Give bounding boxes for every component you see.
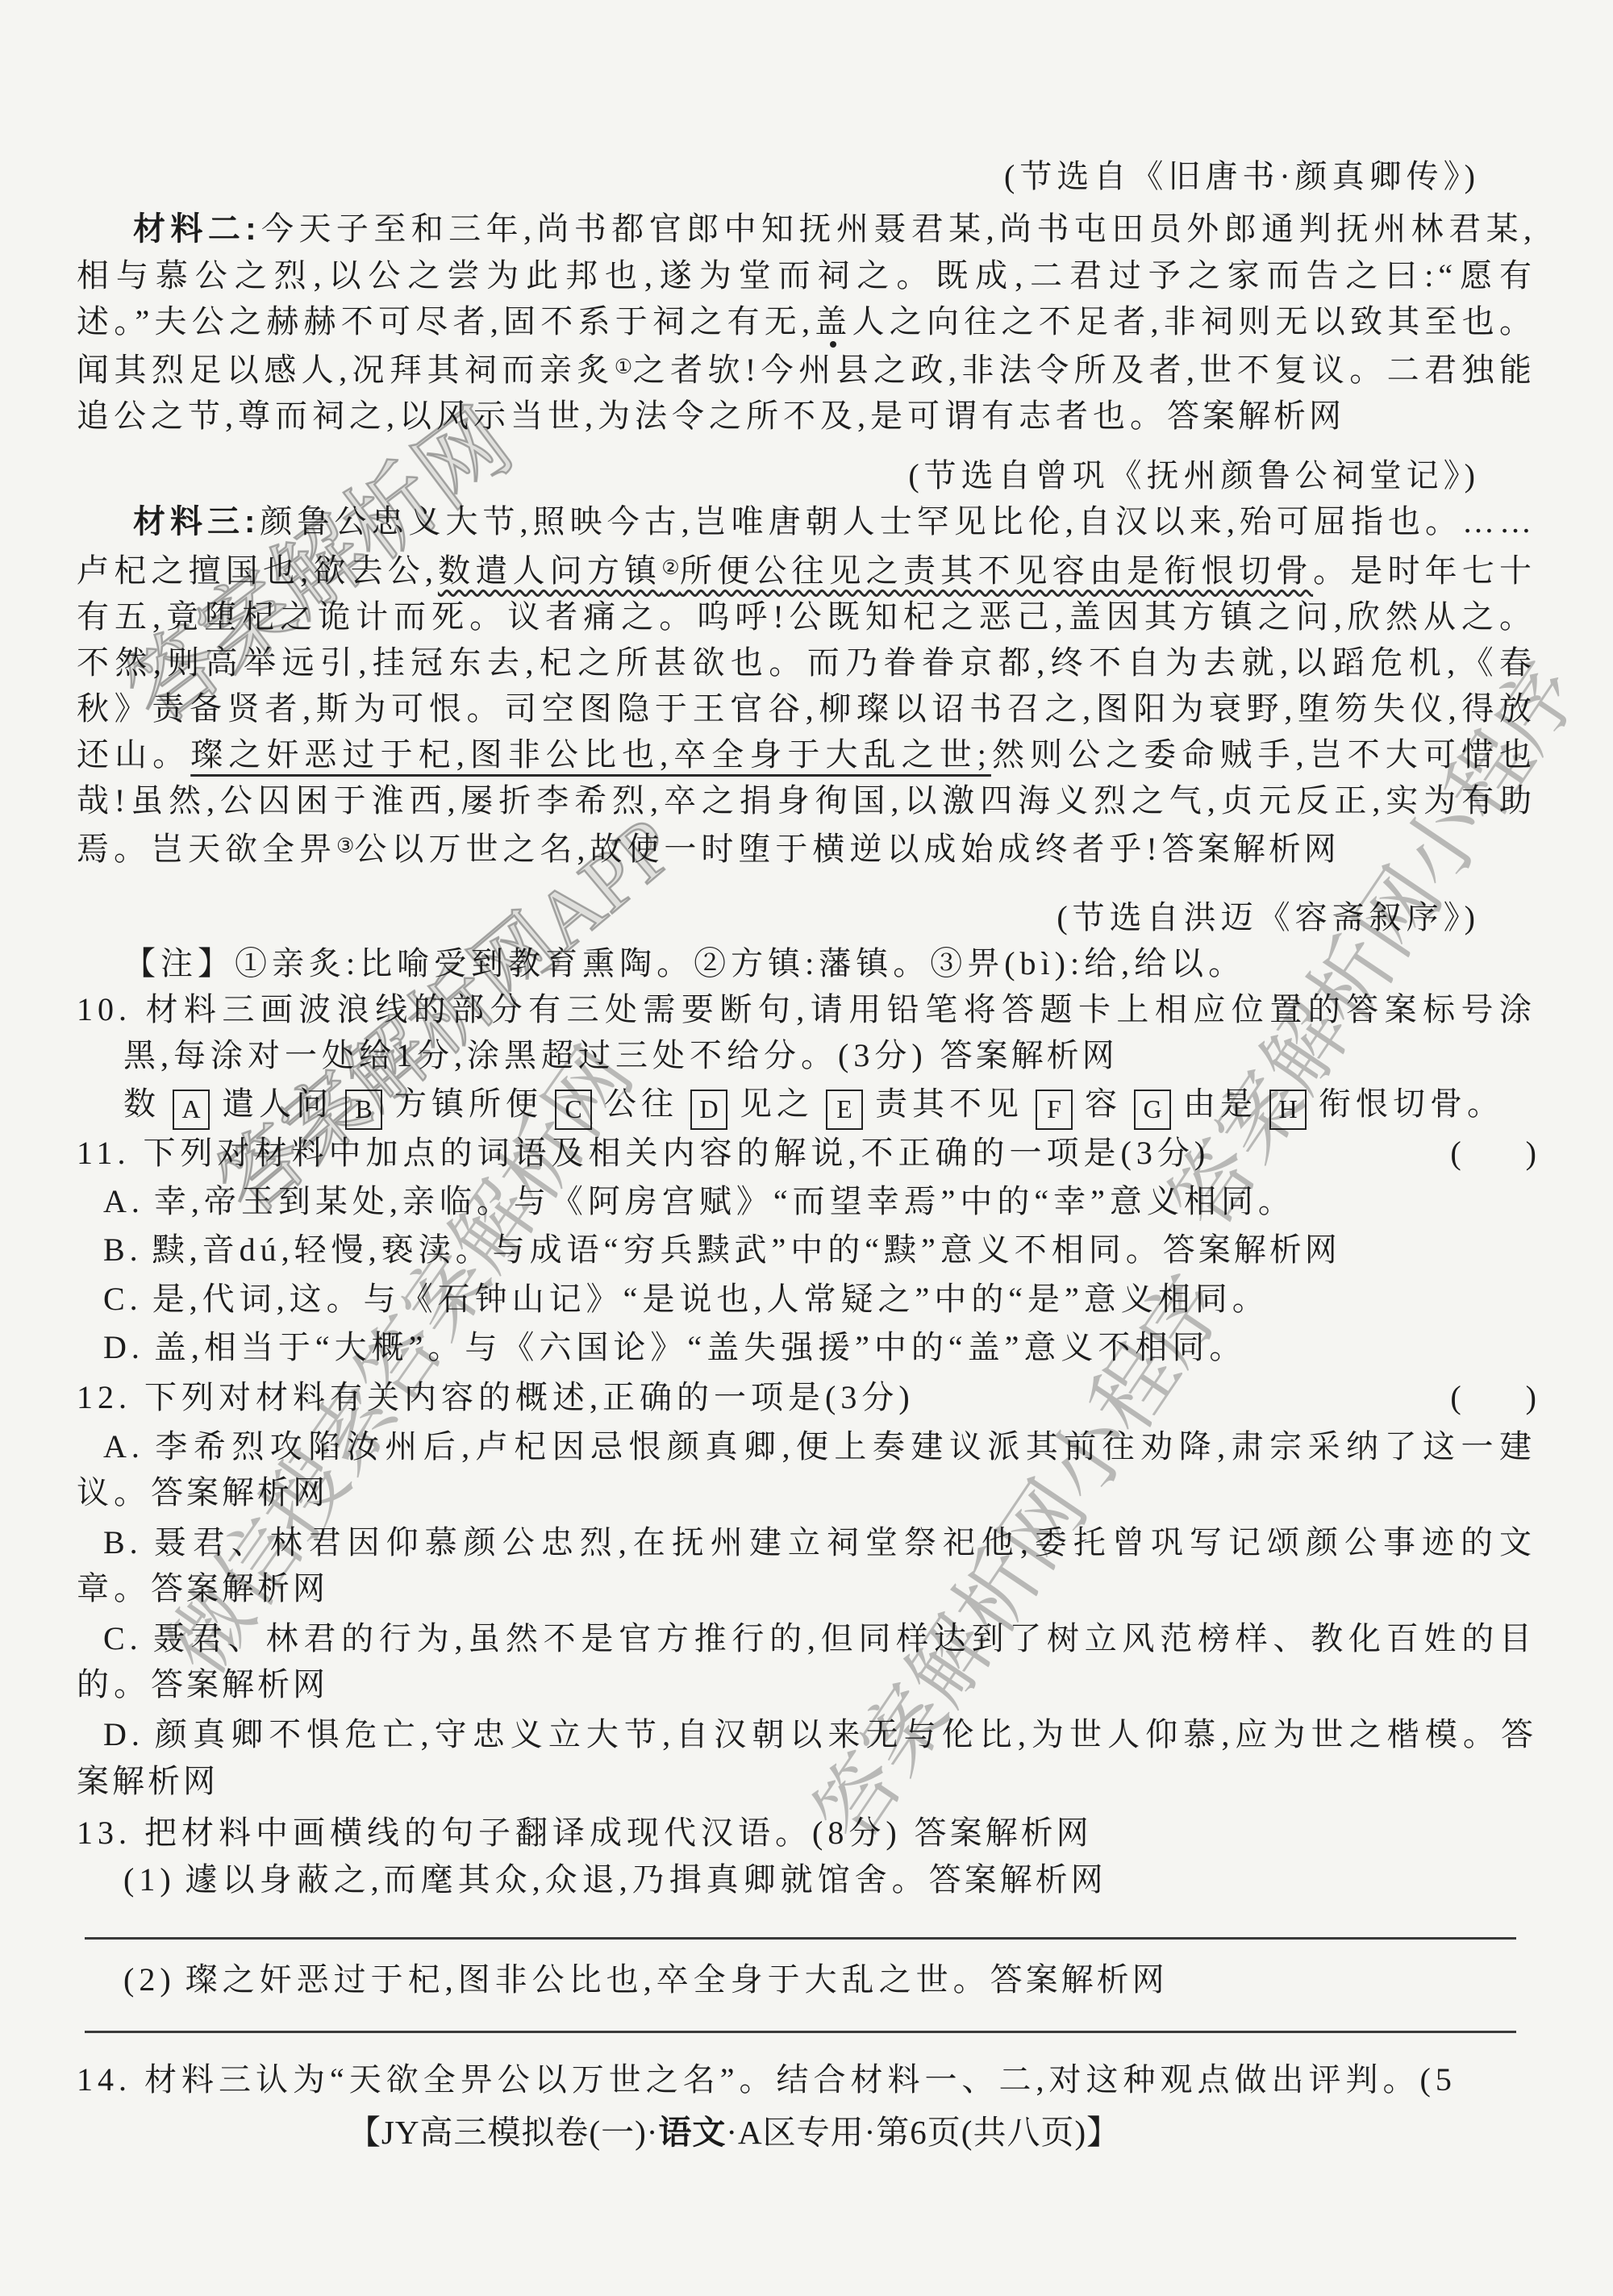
sub-text: 璨之奸恶过于杞,图非公比也,卒全身于大乱之世。 [185,1961,990,1998]
site-stamp: 答案解析网 [151,1667,328,1702]
q11-option-d: D.盖,相当于“大概”。与《六国论》“盖失强援”中的“盖”意义不相同。 [77,1324,1536,1370]
option-label: A. [103,1428,144,1465]
question-14-number: 14. [77,2061,131,2098]
q11-option-b: B.黩,音dú,轻慢,亵渎。与成语“穷兵黩武”中的“黩”意义不相同。答案解析网 [77,1227,1536,1273]
question-11: 11.下列对材料中加点的词语及相关内容的解说,不正确的一项是(3分) ( ) A… [77,1130,1536,1370]
option-text: 盖,相当于“大概”。与《六国论》“盖失强援”中的“盖”意义不相同。 [154,1329,1247,1365]
question-11-number: 11. [77,1135,131,1171]
page-footer: 【JY高三模拟卷(一)·语文·A区专用·第6页(共八页)】 [77,2110,1536,2156]
answer-rule-2 [85,2031,1516,2033]
option-box-a: A [173,1090,210,1130]
option-label: D. [103,1716,144,1752]
footer-subject: 语文 [658,2114,726,2151]
question-12-text: 下列对材料有关内容的概述,正确的一项是(3分) [144,1379,915,1415]
option-box-g: G [1134,1090,1171,1130]
q13-sub1: (1)遽以身蔽之,而麾其众,众退,乃揖真卿就馆舍。答案解析网 [123,1856,1536,1903]
seg-text: 衔恨切骨。 [1319,1085,1504,1122]
question-14: 14.材料三认为“天欲全畀公以万世之名”。结合材料一、二,对这种观点做出评判。(… [77,2056,1536,2102]
site-stamp: 答案解析网 [151,1571,328,1606]
material3-label: 材料三: [133,504,260,540]
option-box-b: B [345,1090,382,1130]
exam-content: (节选自《旧唐书·颜真卿传》) 材料二:今天子至和三年,尚书都官郎中知抚州聂君某… [77,0,1536,2156]
option-label: C. [103,1620,143,1656]
sub-text: 遽以身蔽之,而麾其众,众退,乃揖真卿就馆舍。 [185,1861,929,1898]
q12-option-d: D.颜真卿不惧危亡,守忠义立大节,自汉朝以来无与伦比,为世人仰慕,应为世之楷模。… [77,1711,1536,1805]
q12-option-c: C.聂君、林君的行为,虽然不是官方推行的,但同样达到了树立风范榜样、教化百姓的目… [77,1615,1536,1708]
question-12: 12.下列对材料有关内容的概述,正确的一项是(3分) ( ) A.李希烈攻陷汝州… [77,1374,1536,1805]
note-ref-2: ② [661,557,680,579]
material2-paragraph: 材料二:今天子至和三年,尚书都官郎中知抚州聂君某,尚书屯田员外郎通判抚州林君某,… [77,206,1536,440]
question-10-text: 材料三画波浪线的部分有三处需要断句,请用铅笔将答题卡上相应位置的答案标号涂黑,每… [123,991,1536,1073]
citation-material2: (节选自曾巩《抚州颜鲁公祠堂记》) [77,452,1536,498]
sub-label: (1) [123,1861,176,1898]
option-box-e: E [826,1090,863,1130]
q13-sub2: (2)璨之奸恶过于杞,图非公比也,卒全身于大乱之世。答案解析网 [77,1956,1536,2003]
citation-material3: (节选自洪迈《容斋叙序》) [77,894,1536,940]
note-ref-3: ③ [336,835,354,857]
wavy-part2: 所便公往见之责其不见容由是衔恨切骨 [680,552,1313,589]
answer-brackets: ( ) [1450,1374,1536,1420]
site-stamp: 答案解析网 [915,1815,1092,1851]
q12-option-a: A.李希烈攻陷汝州后,卢杞因忌恨颜真卿,便上奏建议派其前往劝降,肃宗采纳了这一建… [77,1423,1536,1516]
answer-brackets: ( ) [1450,1130,1536,1176]
option-box-h: H [1269,1090,1307,1130]
site-stamp: 答案解析网 [151,1475,328,1511]
footnotes-line: 【注】①亲炙:比喻受到教育熏陶。②方镇:藩镇。③畀(bì):给,给以。 [77,940,1536,986]
sub-label: (2) [123,1961,176,1998]
q10-segmentation-line: 数A遣人问B方镇所便C公往D见之E责其不见F容G由是H衔恨切骨。 [123,1081,1536,1130]
question-12-number: 12. [77,1379,131,1415]
option-label: C. [103,1281,143,1317]
option-box-d: D [690,1090,727,1130]
seg-text: 数 [123,1085,160,1122]
option-text: 黩,音dú,轻慢,亵渎。与成语“穷兵黩武”中的“黩”意义不相同。 [152,1231,1163,1268]
answer-rule-1 [85,1937,1516,1940]
emphasized-word-gai: 盖 [815,303,852,340]
seg-text: 容 [1085,1085,1122,1122]
seg-text: 方镇所便 [394,1085,543,1122]
option-box-c: C [555,1090,592,1130]
option-label: D. [103,1329,144,1365]
wavy-underlined-sentence: 数遣人问方镇②所便公往见之责其不见容由是衔恨切骨 [438,552,1313,589]
q11-option-c: C.是,代词,这。与《石钟山记》“是说也,人常疑之”中的“是”意义相同。 [77,1276,1536,1322]
question-10: 10.材料三画波浪线的部分有三处需要断句,请用铅笔将答题卡上相应位置的答案标号涂… [77,986,1536,1130]
q12-option-b: B.聂君、林君因仰慕颜公忠烈,在抚州建立祠堂祭祀他,委托曾巩写记颂颜公事迹的文章… [77,1519,1536,1612]
exam-page: 答案解析网 答案解析网APP 微信搜索答案解析网 答案解析网小程序 答案解析网小… [0,0,1613,2296]
question-13-text: 把材料中画横线的句子翻译成现代汉语。(8分) [144,1815,915,1851]
option-text: 颜真卿不惧危亡,守忠义立大节,自汉朝以来无与伦比,为世人仰慕,应为世之楷模。 [154,1716,1501,1752]
site-stamp: 答案解析网 [1163,1232,1340,1268]
option-box-f: F [1036,1090,1073,1130]
footer-right: ·A区专用·第6页(共八页)】 [726,2114,1120,2151]
site-stamp: 答案解析网 [990,1962,1168,1998]
seg-text: 公往 [604,1085,678,1122]
question-14-text: 材料三认为“天欲全畀公以万世之名”。结合材料一、二,对这种观点做出评判。(5 [144,2061,1457,2098]
note-ref-1: ① [615,356,633,378]
material3-paragraph: 材料三:颜鲁公忠义大节,照映今古,岂唯唐朝人士罕见比伦,自汉以来,殆可屈指也。…… [77,498,1536,873]
seg-text: 见之 [740,1085,814,1122]
question-13-number: 13. [77,1815,131,1851]
site-stamp: 答案解析网 [929,1862,1107,1898]
question-11-stem: 11.下列对材料中加点的词语及相关内容的解说,不正确的一项是(3分) ( ) [77,1130,1536,1176]
question-13: 13.把材料中画横线的句子翻译成现代汉语。(8分) 答案解析网 (1)遽以身蔽之… [77,1810,1536,1903]
material2-label: 材料二: [133,211,261,247]
option-label: B. [103,1524,143,1561]
option-label: B. [103,1231,143,1268]
seg-text: 责其不见 [875,1085,1023,1122]
question-10-number: 10. [77,991,131,1027]
citation-material1: (节选自《旧唐书·颜真卿传》) [77,153,1536,199]
footer-left: 【JY高三模拟卷(一)· [348,2114,659,2151]
wavy-part1: 数遣人问方镇 [438,552,661,589]
seg-text: 遣人问 [222,1085,333,1122]
question-11-text: 下列对材料中加点的词语及相关内容的解说,不正确的一项是(3分) [144,1135,1211,1171]
option-label: A. [103,1183,144,1219]
site-stamp: 答案解析网 [940,1038,1118,1073]
seg-text: 由是 [1183,1085,1257,1122]
site-stamp: 答案解析网 [1162,831,1340,867]
material3-text: 公以万世之名,故使一时堕于横逆以成始成终者乎! [354,831,1161,867]
option-text: 幸,帝王到某处,亲临。与《阿房宫赋》“而望幸焉”中的“幸”意义相同。 [154,1183,1295,1219]
site-stamp: 答案解析网 [1167,398,1344,434]
question-12-stem: 12.下列对材料有关内容的概述,正确的一项是(3分) ( ) [77,1374,1536,1420]
option-text: 是,代词,这。与《石钟山记》“是说也,人常疑之”中的“是”意义相同。 [152,1281,1269,1317]
q11-option-a: A.幸,帝王到某处,亲临。与《阿房宫赋》“而望幸焉”中的“幸”意义相同。 [77,1178,1536,1224]
underlined-sentence: 璨之奸恶过于杞,图非公比也,卒全身于大乱之世; [190,736,991,773]
